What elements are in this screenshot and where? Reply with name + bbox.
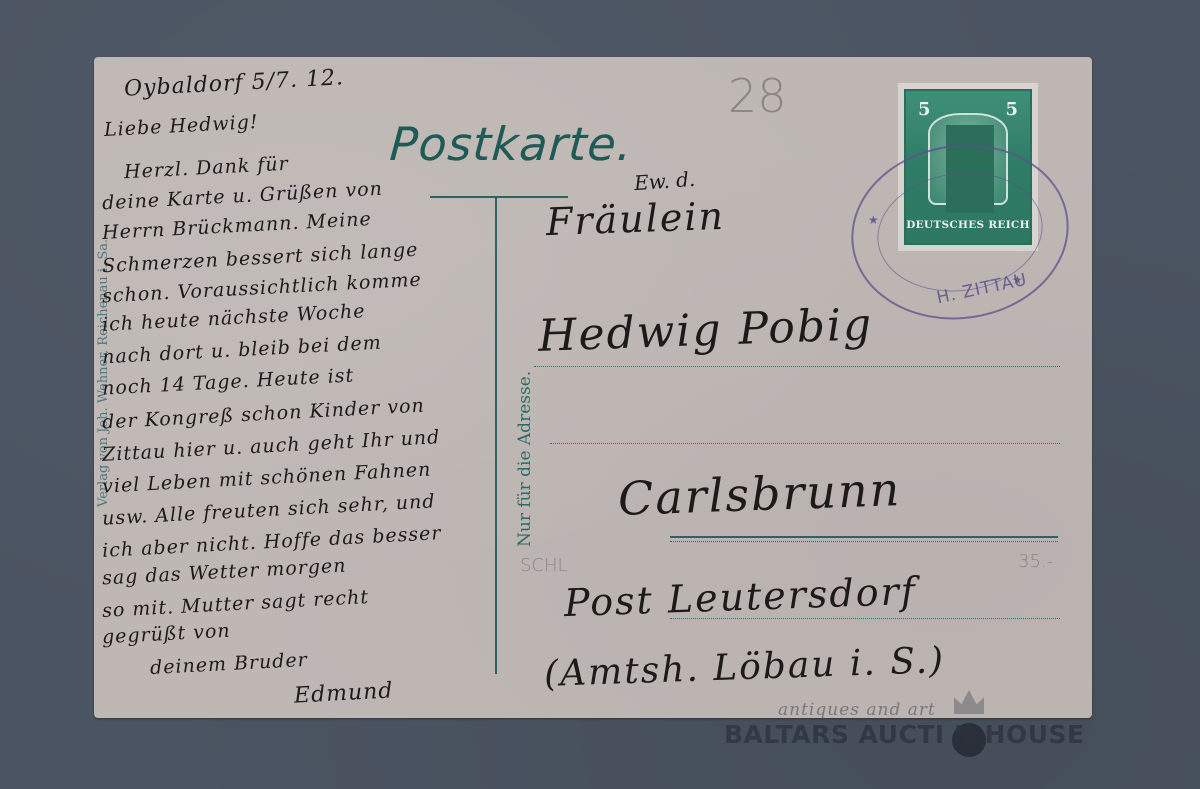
auction-house-watermark: antiques and art BALTARS AUCTI N HOUSE	[724, 720, 1124, 760]
pencil-mark-price: 35.-	[1018, 551, 1053, 572]
postmark-star-icon: ★	[1012, 273, 1023, 288]
letter-signature: Edmund	[293, 678, 394, 708]
stamp-value-left: 5	[918, 99, 931, 120]
address-line-salutation: Fräulein	[545, 194, 725, 244]
address-line-town: Carlsbrunn	[617, 462, 902, 526]
letter-line: Herzl. Dank für	[124, 153, 290, 184]
letter-line: so mit. Mutter sagt recht	[102, 586, 370, 622]
letter-salutation: Liebe Hedwig!	[104, 111, 259, 141]
watermark-circle-icon	[952, 723, 986, 757]
letter-line: ich aber nicht. Hoffe das besser	[102, 522, 442, 562]
stamp-value-right: 5	[1005, 99, 1018, 120]
postmark-star-icon: ★	[868, 213, 879, 228]
letter-line: ich heute nächste Woche	[102, 300, 366, 336]
postcard-title: Postkarte.	[388, 117, 634, 171]
address-rule-2	[550, 443, 1060, 444]
letter-line: nach dort u. bleib bei dem	[102, 332, 383, 369]
letter-line: der Kongreß schon Kinder von	[102, 395, 426, 434]
address-line-name: Hedwig Pobig	[537, 299, 874, 362]
pencil-mark-code: SCHL	[520, 555, 568, 576]
letter-line: deinem Bruder	[150, 649, 309, 679]
letter-line: noch 14 Tage. Heute ist	[102, 364, 355, 399]
letter-line: viel Leben mit schönen Fahnen	[102, 458, 432, 497]
address-prefix: Ew. d.	[633, 167, 696, 195]
letter-place-date: Oybaldorf 5/7. 12.	[123, 65, 344, 101]
pencil-mark-number: 28	[728, 69, 787, 123]
address-rule-town	[670, 536, 1058, 542]
address-side-label: Nur für die Adresse.	[515, 371, 535, 547]
letter-line: usw. Alle freuten sich sehr, und	[102, 490, 436, 529]
publisher-imprint: Verlag von Joh. Wehner, Reichenau i. Sa.	[96, 239, 111, 507]
address-rule-3	[670, 618, 1060, 619]
divider-vertical	[495, 196, 497, 674]
watermark-brand: BALTARS AUCTI N HOUSE	[724, 720, 1085, 749]
address-rule-1	[534, 366, 1060, 367]
address-line-district: (Amtsh. Löbau i. S.)	[543, 640, 945, 695]
letter-line: Herrn Brückmann. Meine	[102, 208, 373, 244]
divider-horizontal	[430, 196, 568, 198]
address-line-post: Post Leutersdorf	[563, 569, 917, 625]
postcard: Postkarte. Nur für die Adresse. Verlag v…	[94, 57, 1092, 718]
letter-line: gegrüßt von	[102, 620, 232, 649]
